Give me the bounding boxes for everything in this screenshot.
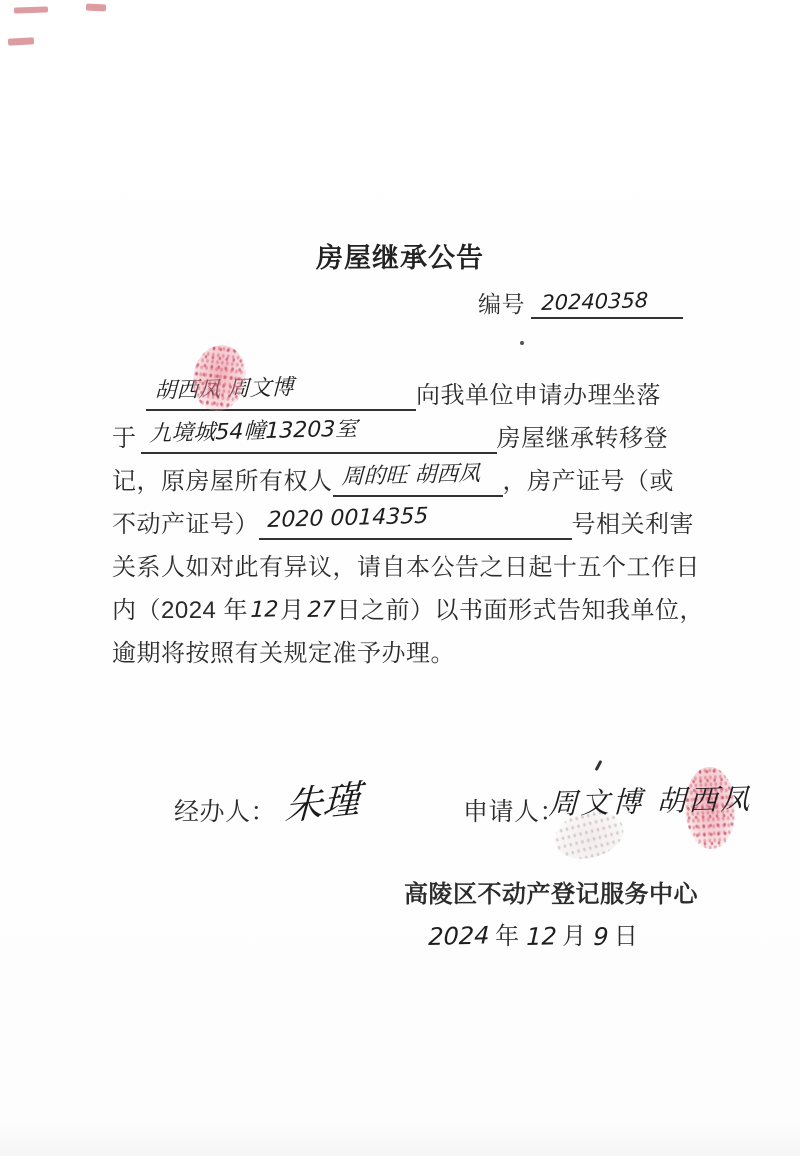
number-handwritten-value: 20240358	[541, 288, 648, 315]
body-line-7: 逾期将按照有关规定准予办理。	[112, 626, 694, 669]
body-text: 内（2024 年	[112, 596, 248, 626]
body-text: 向我单位申请办理坐落	[416, 381, 661, 411]
deadline-month-handwritten: 12	[250, 595, 279, 626]
red-scan-mark	[8, 37, 34, 45]
body-text: 日之前）以书面形式告知我单位，	[337, 596, 705, 626]
body-text: 号相关利害	[572, 510, 695, 540]
year-unit: 年	[495, 916, 520, 951]
issuing-organization: 高陵区不动产登记服务中心	[404, 874, 698, 909]
handler-label: 经办人：	[174, 792, 276, 828]
page-title: 房屋继承公告	[0, 236, 800, 275]
deadline-day-handwritten: 27	[307, 595, 336, 626]
scanned-notice-page: 房屋继承公告 编号 20240358 胡西凤 周文博 向我单位申请办理坐落 于 …	[0, 0, 800, 1156]
original-owner-handwritten: 周的旺 胡西凤	[341, 462, 481, 493]
property-address-blank: 九境城54幢13203室	[141, 419, 497, 454]
month-unit: 月	[562, 916, 587, 951]
body-text: 记，原房屋所有权人	[112, 467, 333, 497]
body-line-2: 于 九境城54幢13203室 房屋继承转移登	[112, 411, 694, 454]
body-line-6: 内（2024 年 12 月 27 日之前）以书面形式告知我单位，	[112, 583, 694, 626]
body-text: ，房产证号（或	[503, 467, 675, 497]
certificate-number-blank: 2020 0014355	[259, 505, 572, 540]
applicant-signatures: 周文博 胡西凤	[548, 777, 753, 823]
applicant-names-blank: 胡西凤 周文博	[146, 376, 416, 411]
property-address-handwritten: 九境城54幢13203室	[149, 419, 358, 450]
issue-year-handwritten: 2024	[428, 921, 490, 951]
body-text: 不动产证号）	[112, 510, 259, 540]
body-text: 于	[112, 424, 137, 454]
body-line-3: 记，原房屋所有权人 周的旺 胡西凤 ，房产证号（或	[112, 454, 694, 497]
body-line-4: 不动产证号） 2020 0014355 号相关利害	[112, 497, 694, 540]
certificate-number-handwritten: 2020 0014355	[267, 505, 429, 536]
body-text: 房屋继承转移登	[497, 424, 669, 454]
body-text: 月	[280, 596, 305, 626]
pen-tick-mark	[595, 760, 603, 771]
red-scan-mark	[14, 6, 48, 13]
notice-body: 胡西凤 周文博 向我单位申请办理坐落 于 九境城54幢13203室 房屋继承转移…	[112, 368, 694, 669]
red-scan-mark	[86, 3, 106, 11]
day-unit: 日	[614, 916, 639, 951]
body-text: 逾期将按照有关规定准予办理。	[112, 639, 455, 669]
issue-month-handwritten: 12	[526, 922, 557, 951]
handler-signature: 朱瑾	[284, 768, 362, 831]
ink-speck	[520, 341, 524, 345]
document-number-row: 编号 20240358	[478, 286, 683, 319]
issue-date-row: 2024 年 12 月 9 日	[428, 916, 638, 951]
original-owner-blank: 周的旺 胡西凤	[333, 462, 503, 497]
body-text: 关系人如对此有异议，请自本公告之日起十五个工作日	[112, 553, 700, 583]
number-blank-line: 20240358	[531, 289, 683, 319]
issue-day-handwritten: 9	[593, 923, 609, 951]
number-label: 编号	[478, 286, 525, 319]
body-line-5: 关系人如对此有异议，请自本公告之日起十五个工作日	[112, 540, 694, 583]
